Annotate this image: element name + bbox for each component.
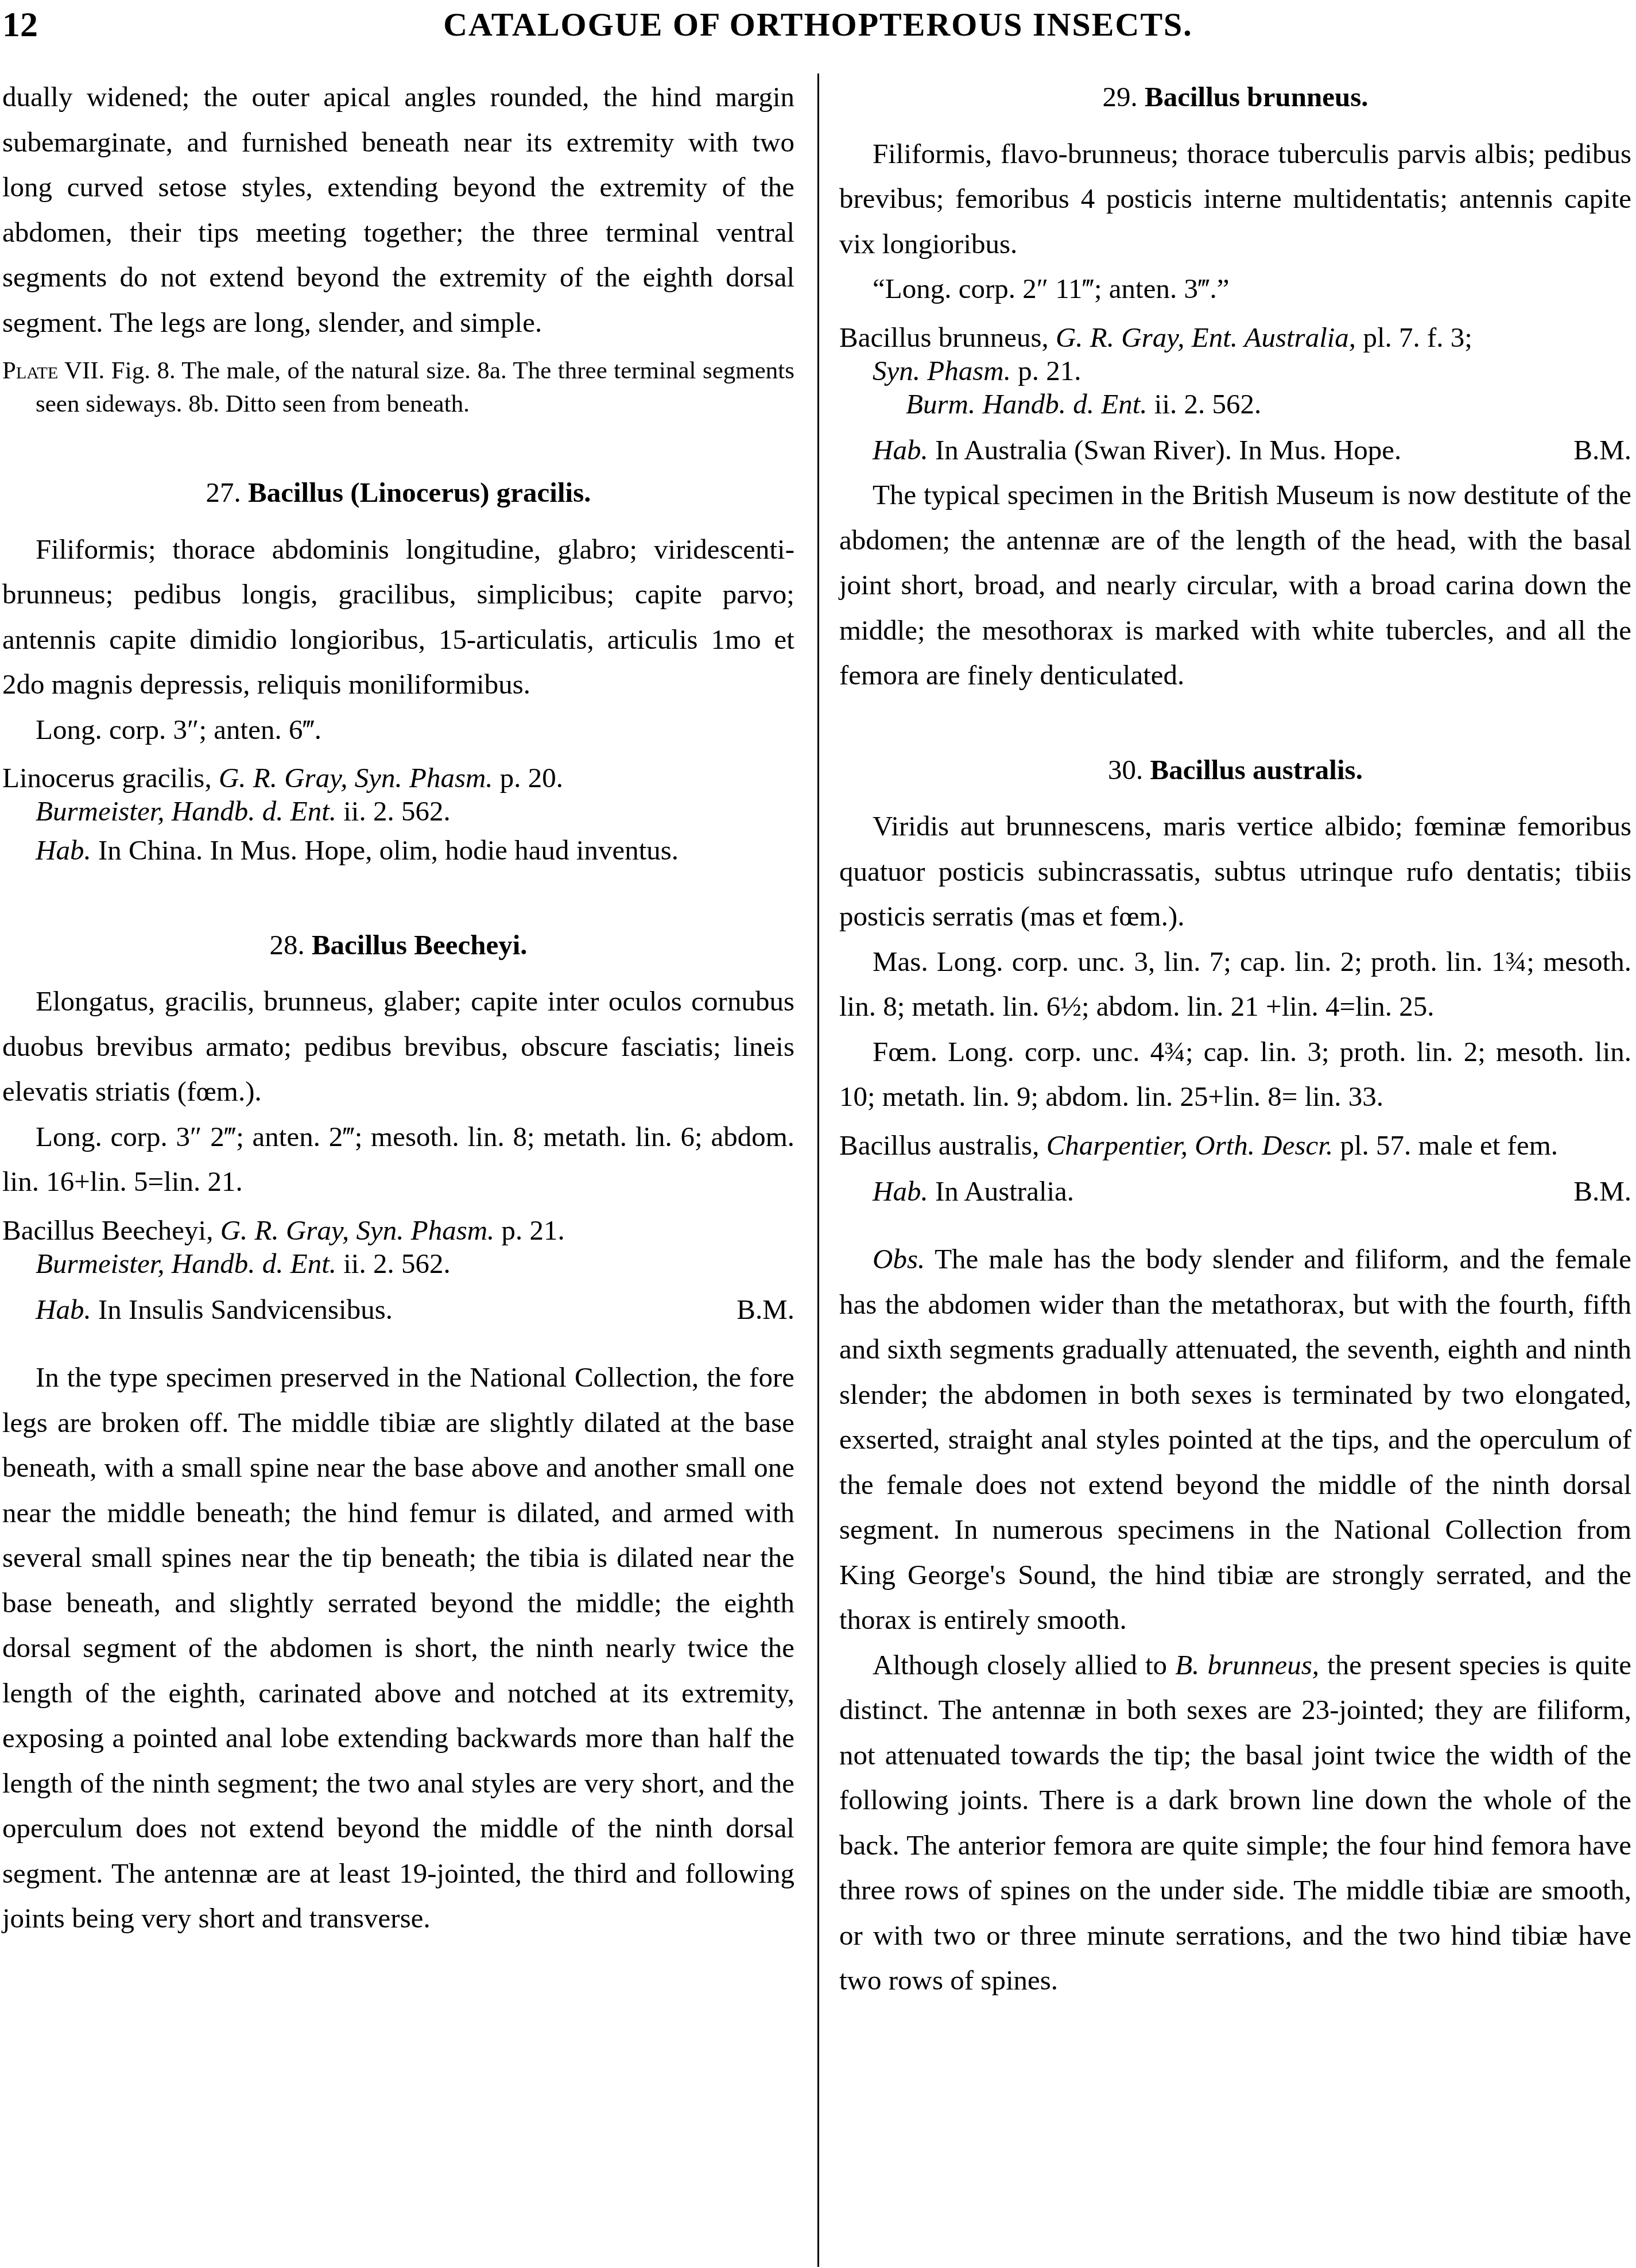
observation-paragraph: Obs. The male has the body slender and f… <box>839 1237 1631 1643</box>
species-heading-29: 29. Bacillus brunneus. <box>839 75 1631 120</box>
collection-mark: B.M. <box>1573 428 1631 473</box>
notes-paragraph: The typical specimen in the British Muse… <box>839 473 1631 698</box>
continuation-paragraph: dually widened; the outer apical angles … <box>2 75 794 345</box>
diagnosis: Filiformis; thorace abdominis longitudin… <box>2 527 794 707</box>
measurements: “Long. corp. 2″ 11‴; anten. 3‴.” <box>839 266 1631 312</box>
synonymy: Bacillus australis, Charpentier, Orth. D… <box>839 1129 1631 1162</box>
habitat: Hab. In Australia. B.M. <box>839 1169 1631 1214</box>
male-measurements: Mas. Long. corp. unc. 3, lin. 7; cap. li… <box>839 939 1631 1029</box>
running-title: CATALOGUE OF ORTHOPTEROUS INSECTS. <box>0 5 1636 45</box>
species-name: Bacillus (Linocerus) gracilis. <box>248 477 591 508</box>
habitat: Hab. In Insulis Sandvicensibus. B.M. <box>2 1287 794 1333</box>
page-header: 12 CATALOGUE OF ORTHOPTEROUS INSECTS. <box>0 5 1636 45</box>
diagnosis: Elongatus, gracilis, brunneus, glaber; c… <box>2 979 794 1114</box>
left-column: dually widened; the outer apical angles … <box>2 75 794 1941</box>
synonymy: Linocerus gracilis, G. R. Gray, Syn. Pha… <box>2 761 794 828</box>
measurements: Long. corp. 3″; anten. 6‴. <box>2 707 794 753</box>
measurements: Long. corp. 3″ 2‴; anten. 2‴; mesoth. li… <box>2 1114 794 1205</box>
column-divider <box>817 73 819 2267</box>
synonymy: Bacillus brunneus, G. R. Gray, Ent. Aust… <box>839 321 1631 421</box>
notes-paragraph: Although closely allied to B. brunneus, … <box>839 1643 1631 2003</box>
species-name: Bacillus australis. <box>1150 754 1363 785</box>
plate-label: Plate VII. <box>2 357 104 384</box>
right-column: 29. Bacillus brunneus. Filiformis, flavo… <box>839 75 1631 2003</box>
species-name: Bacillus Beecheyi. <box>312 929 528 961</box>
female-measurements: Fœm. Long. corp. unc. 4¾; cap. lin. 3; p… <box>839 1029 1631 1120</box>
notes-paragraph: In the type specimen preserved in the Na… <box>2 1355 794 1941</box>
plate-text: Fig. 8. The male, of the natural size. 8… <box>36 357 794 417</box>
species-heading-30: 30. Bacillus australis. <box>839 748 1631 793</box>
species-heading-27: 27. Bacillus (Linocerus) gracilis. <box>2 470 794 516</box>
plate-caption: Plate VII. Fig. 8. The male, of the natu… <box>2 354 794 421</box>
diagnosis: Viridis aut brunnescens, maris vertice a… <box>839 804 1631 939</box>
species-heading-28: 28. Bacillus Beecheyi. <box>2 923 794 968</box>
diagnosis: Filiformis, flavo-brunneus; thorace tube… <box>839 131 1631 267</box>
species-name: Bacillus brunneus. <box>1145 81 1368 113</box>
habitat: Hab. In Australia (Swan River). In Mus. … <box>839 428 1631 473</box>
synonymy: Bacillus Beecheyi, G. R. Gray, Syn. Phas… <box>2 1214 794 1280</box>
collection-mark: B.M. <box>736 1287 794 1333</box>
habitat: Hab. In China. In Mus. Hope, olim, hodie… <box>2 828 794 873</box>
collection-mark: B.M. <box>1573 1169 1631 1214</box>
